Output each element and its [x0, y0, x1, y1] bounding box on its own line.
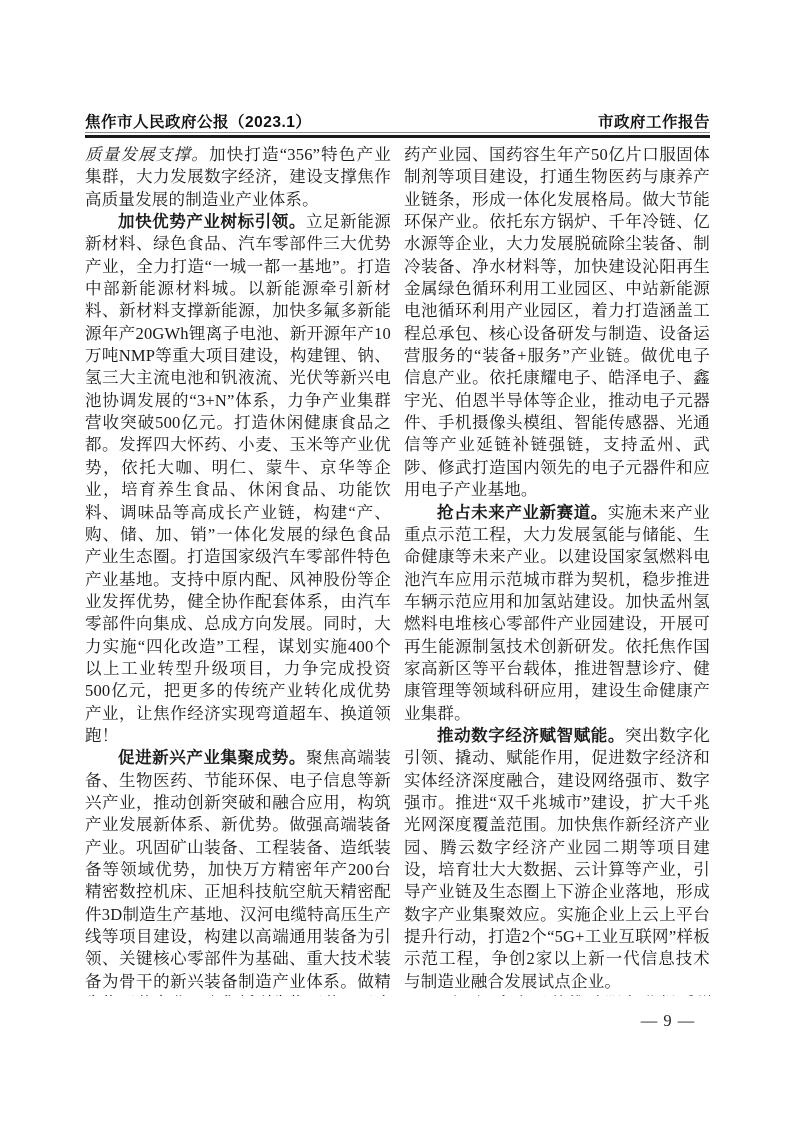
text-run-kai: （三）全力以赴推动服务业提质增效，点燃高质量发展引擎。 [404, 994, 710, 996]
text-run-kai: 质量发展支撑。 [85, 145, 209, 164]
page-number: — 9 — [620, 1011, 716, 1031]
paragraph: 促进新兴产业集聚成势。聚焦高端装备、生物医药、节能环保、电子信息等新兴产业，推动… [85, 747, 391, 996]
text-run-bold: 抢占未来产业新赛道。 [437, 504, 608, 522]
text-run-bold: 加快优势产业树标引领。 [118, 213, 306, 231]
running-head: 焦作市人民政府公报（2023.1） 市政府工作报告 [85, 110, 710, 132]
text-run-normal: 突出数字化引领、撬动、赋能作用，促进数字经济和实体经济深度融合，建设网络强市、数… [404, 726, 710, 991]
gazette-page: 焦作市人民政府公报（2023.1） 市政府工作报告 质量发展支撑。加快打造“35… [0, 0, 793, 1122]
header-rule-thick [85, 135, 710, 138]
gazette-title: 焦作市人民政府公报（2023.1） [85, 110, 311, 132]
text-run-normal: 聚焦高端装备、生物医药、节能环保、电子信息等新兴产业，推动创新突破和融合应用，构… [85, 748, 391, 996]
text-run-bold: 促进新兴产业集聚成势。 [118, 749, 306, 767]
paragraph: （三）全力以赴推动服务业提质增效，点燃高质量发展引擎。推动文旅文创深度融合，大力… [404, 993, 710, 996]
text-column-left: 质量发展支撑。加快打造“356”特色产业集群，大力发展数字经济，建设支撑焦作高质… [85, 144, 391, 996]
text-run-normal: 立足新能源新材料、绿色食品、汽车零部件三大优势产业，全力打造“一城一都一基地”。… [85, 212, 391, 745]
text-run-normal: 药产业园、国药容生年产50亿片口服固体制剂等项目建设，打通生物医药与康养产业链条… [404, 145, 710, 499]
paragraph: 质量发展支撑。加快打造“356”特色产业集群，大力发展数字经济，建设支撑焦作高质… [85, 144, 391, 211]
paragraph: 抢占未来产业新赛道。实施未来产业重点示范工程，大力发展氢能与储能、生命健康等未来… [404, 502, 710, 725]
paragraph: 加快优势产业树标引领。立足新能源新材料、绿色食品、汽车零部件三大优势产业，全力打… [85, 211, 391, 747]
paragraph: 推动数字经济赋智赋能。突出数字化引领、撬动、赋能作用，促进数字经济和实体经济深度… [404, 725, 710, 993]
text-run-normal: 实施未来产业重点示范工程，大力发展氢能与储能、生命健康等未来产业。以建设国家氢燃… [404, 503, 710, 723]
text-column-right: 药产业园、国药容生年产50亿片口服固体制剂等项目建设，打通生物医药与康养产业链条… [404, 144, 710, 996]
header-rule-thin [85, 132, 710, 133]
text-run-bold: 推动数字经济赋智赋能。 [437, 727, 625, 745]
report-title: 市政府工作报告 [598, 110, 710, 132]
paragraph: 药产业园、国药容生年产50亿片口服固体制剂等项目建设，打通生物医药与康养产业链条… [404, 144, 710, 502]
